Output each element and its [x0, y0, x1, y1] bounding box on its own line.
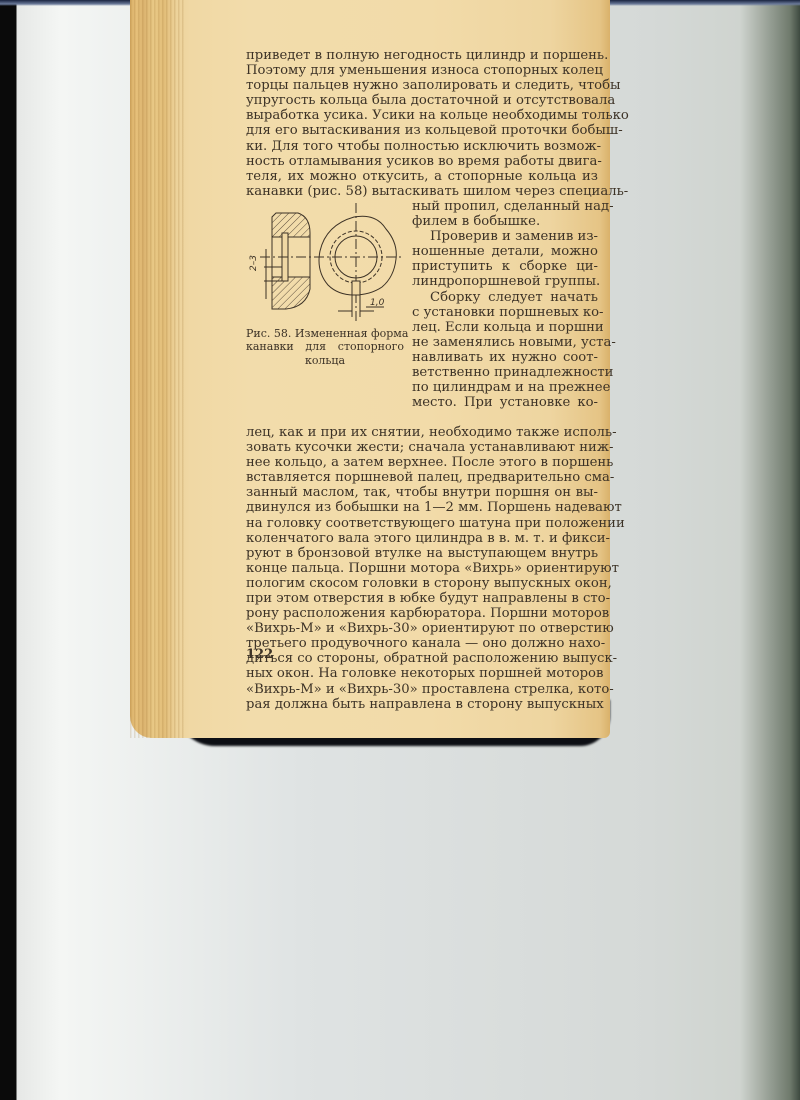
dim-slot-label: 1,0 [370, 298, 385, 308]
text-line: «Вихрь-М» и «Вихрь-30» ориентируют по от… [246, 621, 598, 636]
text-line: навливать их нужно соот- [412, 350, 598, 365]
caption-line: кольца [246, 354, 404, 368]
figure-caption: Рис. 58. Измененная форма канавки для ст… [246, 327, 404, 368]
text-line: приведет в полную негодность цилиндр и п… [246, 48, 598, 63]
text-line: линдропоршневой группы. [412, 274, 598, 289]
text-line: при этом отверстия в юбке будут направле… [246, 591, 598, 606]
text-line: ношенные детали, можно [412, 244, 598, 259]
paragraph-bottom: лец, как и при их снятии, необходимо так… [246, 425, 598, 712]
text-line: занный маслом, так, чтобы внутри поршня … [246, 485, 598, 500]
text-line: диться со стороны, обратной расположению… [246, 651, 598, 666]
text-line: выработка усика. Усики на кольце необход… [246, 108, 598, 123]
text-line: филем в бобышке. [412, 214, 598, 229]
text-line: Поэтому для уменьшения износа стопорных … [246, 63, 598, 78]
text-line: приступить к сборке ци- [412, 259, 598, 274]
text-line: руют в бронзовой втулке на выступающем в… [246, 546, 598, 561]
text-line: теля, их можно откусить, а стопорные кол… [246, 169, 598, 184]
text-line: упругость кольца была достаточной и отсу… [246, 93, 598, 108]
text-line: нее кольцо, а затем верхнее. После этого… [246, 455, 598, 470]
dim-groove-label: 2–3 [249, 255, 259, 271]
text-line: третьего продувочного канала — оно должн… [246, 636, 598, 651]
text-column: приведет в полную негодность цилиндр и п… [246, 48, 598, 712]
page-edges [130, 0, 185, 738]
text-line: Проверив и заменив из- [412, 229, 598, 244]
text-line: рону расположения карбюратора. Поршни мо… [246, 606, 598, 621]
text-line: «Вихрь-М» и «Вихрь-30» проставлена стрел… [246, 682, 598, 697]
text-line: коленчатого вала этого цилиндра в в. м. … [246, 531, 598, 546]
text-line: по цилиндрам и на прежнее [412, 380, 598, 395]
text-line: место. При установке ко- [412, 395, 598, 410]
text-line: на головку соответствующего шатуна при п… [246, 516, 598, 531]
text-line: ки. Для того чтобы полностью исключить в… [246, 139, 598, 154]
text-line: с установки поршневых ко- [412, 305, 598, 320]
text-line: лец, как и при их снятии, необходимо так… [246, 425, 598, 440]
text-line: ный пропил, сделанный над- [412, 199, 598, 214]
text-line: вставляется поршневой палец, предварител… [246, 470, 598, 485]
text-line: рая должна быть направлена в сторону вып… [246, 697, 598, 712]
text-line: пологим скосом головки в сторону выпускн… [246, 576, 598, 591]
page-number: 122 [246, 647, 273, 662]
text-line: для его вытаскивания из кольцевой проточ… [246, 123, 598, 138]
text-line: ветственно принадлежности [412, 365, 598, 380]
text-line: торцы пальцев нужно заполировать и следи… [246, 78, 598, 93]
retaining-ring-groove-drawing: 2–3 1,0 [246, 199, 404, 324]
caption-line: канавки для стопорного [246, 340, 404, 354]
text-line: канавки (рис. 58) вытаскивать шилом чере… [246, 184, 598, 199]
text-line: ность отламывания усиков во время работы… [246, 154, 598, 169]
text-line: ных окон. На головке некоторых поршней м… [246, 666, 598, 681]
text-line: Сборку следует начать [412, 290, 598, 305]
text-line: двинулся из бобышки на 1—2 мм. Поршень н… [246, 500, 598, 515]
text-line: зовать кусочки жести; сначала устанавлив… [246, 440, 598, 455]
paragraph-beside-figure: ный пропил, сделанный над-филем в бобышк… [412, 199, 598, 410]
text-line: не заменялись новыми, уста- [412, 335, 598, 350]
text-line: конце пальца. Поршни мотора «Вихрь» орие… [246, 561, 598, 576]
figure-58: 2–3 1,0 Рис. 58. Измененная форма канавк… [246, 199, 404, 369]
text-line: лец. Если кольца и поршни [412, 320, 598, 335]
paragraph-top: приведет в полную негодность цилиндр и п… [246, 48, 598, 199]
caption-line: Рис. 58. Измененная форма [246, 327, 404, 341]
book-page: приведет в полную негодность цилиндр и п… [130, 0, 610, 738]
